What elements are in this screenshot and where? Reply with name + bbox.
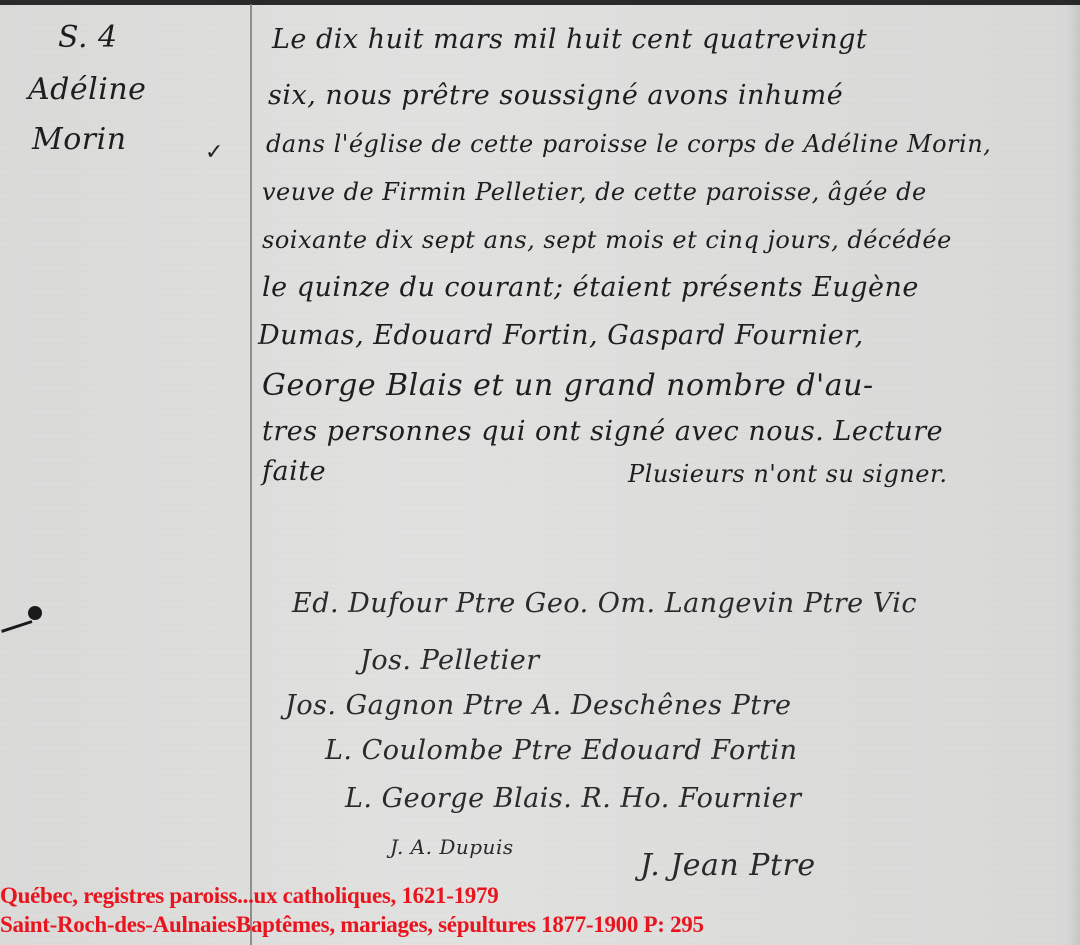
body-line: Plusieurs n'ont su signer. (628, 460, 947, 488)
body-line: soixante dix sept ans, sept mois et cinq… (262, 226, 952, 254)
body-line: Le dix huit mars mil huit cent quatrevin… (272, 24, 867, 55)
signature-line: J. Jean Ptre (640, 848, 816, 883)
caption-collection: Québec, registres paroiss...ux catholiqu… (0, 883, 498, 909)
page-top-edge (0, 0, 1080, 5)
margin-surname: Morin (32, 122, 127, 157)
body-line: six, nous prêtre soussigné avons inhumé (268, 80, 843, 111)
ink-stroke (1, 620, 32, 633)
body-line: veuve de Firmin Pelletier, de cette paro… (262, 178, 927, 206)
record-number: S. 4 (58, 20, 118, 55)
register-page-scan: S. 4 Adéline Morin ✓ Le dix huit mars mi… (0, 0, 1080, 945)
check-mark-icon: ✓ (205, 140, 223, 165)
signature-line: L. Coulombe Ptre Edouard Fortin (325, 735, 798, 766)
body-line: George Blais et un grand nombre d'au- (262, 368, 874, 403)
signature-line: Jos. Gagnon Ptre A. Deschênes Ptre (285, 690, 792, 721)
body-line: faite (262, 456, 326, 487)
caption-register-details: Saint-Roch-des-AulnaiesBaptêmes, mariage… (0, 912, 704, 938)
signature-line: L. George Blais. R. Ho. Fournier (345, 783, 802, 814)
page-right-shadow (1066, 0, 1080, 945)
ink-blot (28, 606, 42, 620)
body-line: tres personnes qui ont signé avec nous. … (262, 416, 943, 447)
signature-line: Ed. Dufour Ptre Geo. Om. Langevin Ptre V… (292, 588, 917, 619)
signature-line: J. A. Dupuis (390, 835, 514, 859)
margin-given-name: Adéline (28, 72, 146, 107)
body-line: dans l'église de cette paroisse le corps… (266, 130, 991, 158)
signature-line: Jos. Pelletier (360, 645, 540, 676)
body-line: Dumas, Edouard Fortin, Gaspard Fournier, (258, 320, 864, 351)
margin-rule-line (250, 4, 252, 945)
body-line: le quinze du courant; étaient présents E… (262, 272, 919, 303)
